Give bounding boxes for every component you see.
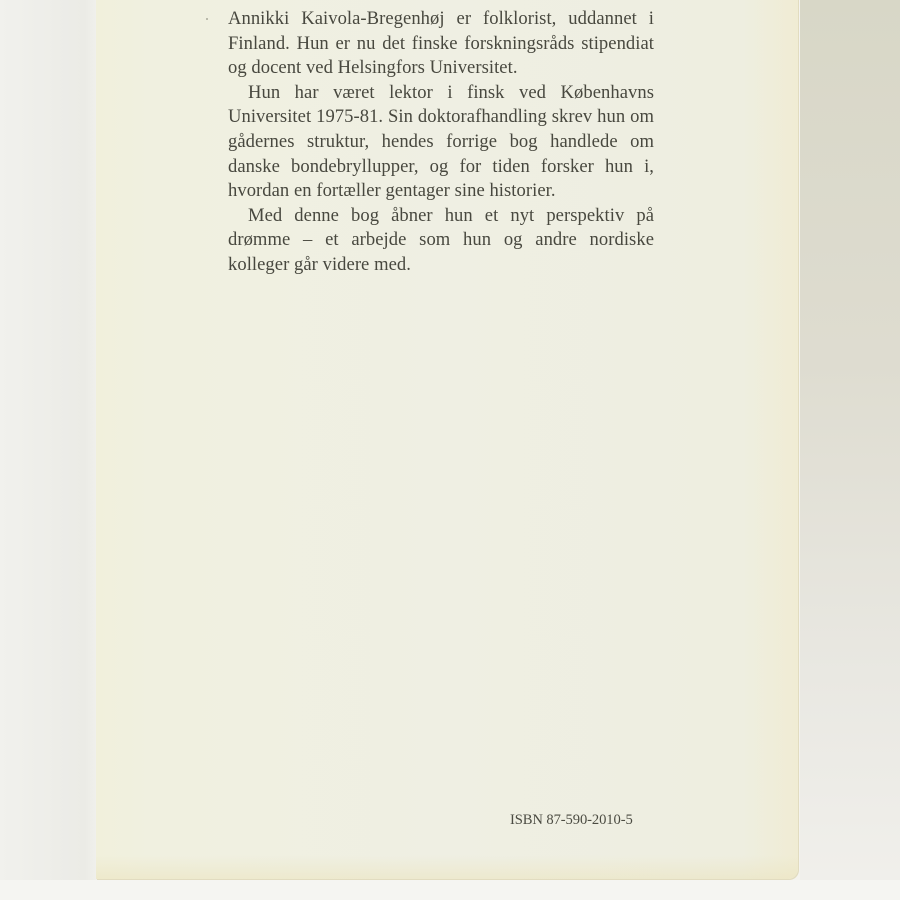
blurb-paragraph-1: Annikki Kaivola-Bregenhøj er folklorist,… [228, 7, 654, 81]
author-blurb: Annikki Kaivola-Bregenhøj er folklorist,… [228, 7, 654, 278]
background-left [0, 0, 100, 900]
isbn-number: ISBN 87-590-2010-5 [510, 812, 633, 829]
blurb-paragraph-2: Hun har været lektor i finsk ved Københa… [228, 81, 654, 204]
book-bottom-edge [96, 855, 798, 879]
blurb-paragraph-3: Med denne bog åbner hun et nyt perspekti… [228, 204, 654, 278]
background-bottom [0, 880, 900, 900]
background-right [800, 0, 900, 900]
speck-mark [206, 18, 208, 20]
